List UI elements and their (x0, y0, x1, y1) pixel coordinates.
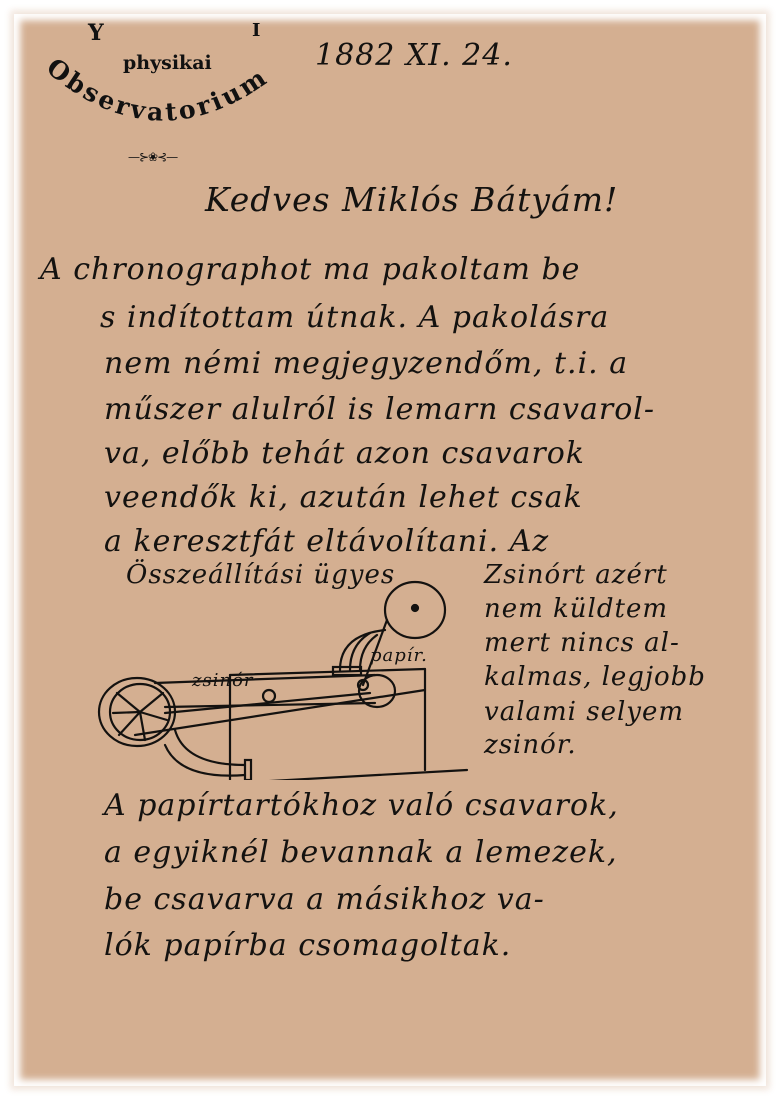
letterhead-observatorium: Observatorium (41, 52, 274, 127)
body-line: veendők ki, azután lehet csak (104, 480, 583, 515)
side-note-line: valami selyem (484, 697, 684, 727)
side-note-line: Zsinórt azért (484, 560, 668, 590)
chronograph-sketch (95, 575, 475, 780)
body-line: s indítottam útnak. A pakolásra (100, 300, 609, 335)
sketch-label-paper: papír. (370, 645, 428, 666)
side-note-line: zsinór. (484, 730, 577, 760)
body-line: va, előbb tehát azon csavarok (104, 436, 585, 471)
salutation: Kedves Miklós Bátyám! (205, 180, 618, 219)
closing-line: be csavarva a másikhoz va- (104, 882, 545, 917)
body-line: A chronographot ma pakoltam be (40, 252, 580, 287)
body-line: nem némi megjegyzendőm, t.i. a (104, 346, 628, 381)
letterhead-ornament: —⊱❀⊰— (128, 150, 177, 164)
letterhead-fragment-right: I (252, 20, 260, 41)
letterhead-arc: Observatorium (35, 40, 315, 150)
letter-date: 1882 XI. 24. (315, 38, 513, 73)
side-note-line: kalmas, legjobb (484, 662, 706, 692)
closing-line: a egyiknél bevannak a lemezek, (104, 835, 618, 870)
body-line: műszer alulról is lemarn csavarol- (104, 392, 655, 427)
side-note-line: nem küldtem (484, 594, 668, 624)
closing-line: A papírtartókhoz való csavarok, (104, 788, 619, 823)
svg-text:Observatorium: Observatorium (41, 52, 274, 127)
side-note-line: mert nincs al- (484, 628, 680, 658)
sketch-label-cord: zsinór (192, 670, 254, 691)
body-line: a keresztfát eltávolítani. Az (104, 524, 549, 559)
closing-line: lók papírba csomagoltak. (104, 928, 511, 963)
